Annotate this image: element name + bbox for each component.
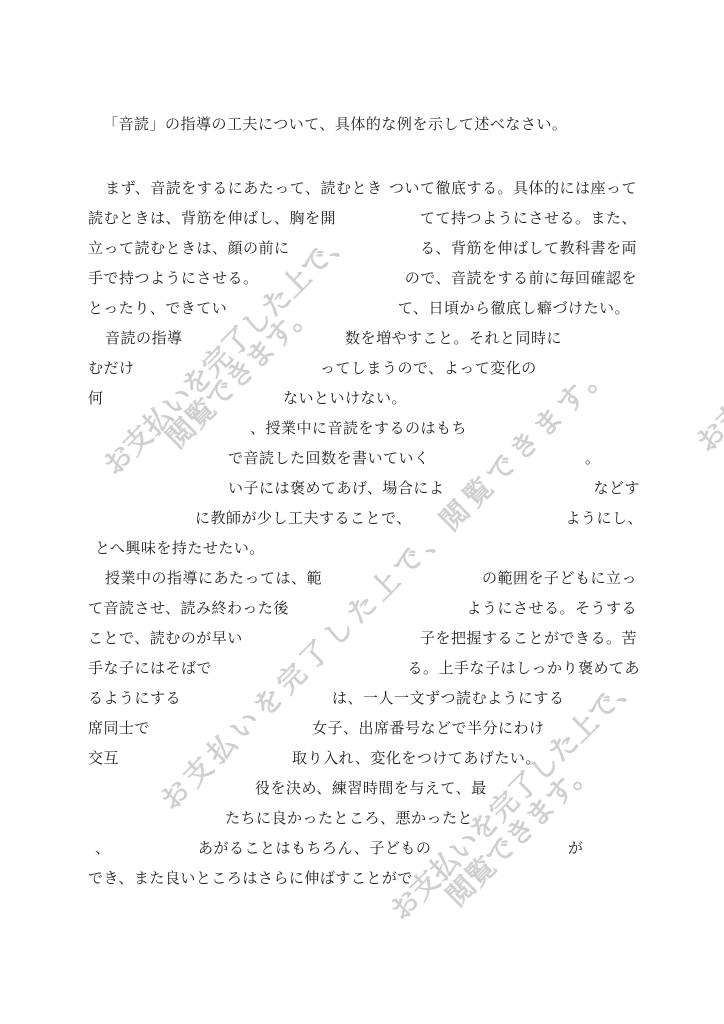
text-fragment: 席同士で (88, 717, 150, 738)
body-line: むだけってしまうので、よって変化の (0, 357, 724, 377)
text-fragment: 取り入れ、変化をつけてあげたい。 (292, 747, 541, 768)
text-fragment: てて持つようにさせる。また、 (420, 207, 637, 228)
body-line: て音読させ、読み終わった後ようにさせる。そうする (0, 597, 724, 617)
text-fragment: 音読の指導 (105, 327, 183, 348)
body-line: 、あがることはもちろん、子どものが (0, 837, 724, 857)
text-fragment: 何 (88, 387, 104, 408)
text-fragment: むだけ (88, 357, 135, 378)
text-fragment: が (568, 837, 584, 858)
text-fragment: 立って読むときは、顔の前に (88, 237, 290, 258)
text-fragment: て、日頃から徹底し癖づけたい。 (398, 297, 630, 318)
text-fragment: 、授業中に音読をするのはもち (250, 417, 467, 438)
body-line: 何ないといけない。 (0, 387, 724, 407)
body-line: 読むときは、背筋を伸ばし、胸を開てて持つようにさせる。また、 (0, 207, 724, 227)
text-fragment: に教師が少し工夫することで、 (195, 507, 412, 528)
text-fragment: い子には褒めてあげ、場合によ (228, 477, 444, 498)
text-fragment: とへ興味を持たせたい。 (95, 537, 265, 558)
body-line: に教師が少し工夫することで、ようにし、 (0, 507, 724, 527)
text-fragment: 授業中の指導にあたっては、範 (105, 567, 322, 588)
text-fragment: ないといけない。 (283, 387, 407, 408)
body-line: 交互取り入れ、変化をつけてあげたい。 (0, 747, 724, 767)
body-line: まず、音読をするにあたって、読むときついて徹底する。具体的には座って (0, 177, 724, 197)
body-line: とへ興味を持たせたい。 (0, 537, 724, 557)
text-fragment: て音読させ、読み終わった後 (88, 597, 289, 618)
text-fragment: 女子、出席番号などで半分にわけ (312, 717, 545, 738)
text-fragment: る。上手な子はしっかり褒めてあ (407, 657, 640, 678)
text-fragment: る、背筋を伸ばして教科書を両 (420, 237, 637, 258)
text-fragment: ってしまうので、よって変化の (320, 357, 537, 378)
text-fragment: ようにさせる。そうする (466, 597, 637, 618)
text-fragment: まず、音読をするにあたって、読むとき (105, 177, 383, 198)
body-line: 授業中の指導にあたっては、範の範囲を子どもに立っ (0, 567, 724, 587)
text-fragment: で音読した回数を書いていく (228, 447, 430, 468)
body-line: るようにするは、一人一文ずつ読むようにする (0, 687, 724, 707)
text-fragment: 役を決め、練習時間を与えて、最 (255, 777, 487, 798)
text-fragment: 手な子にはそばで (88, 657, 212, 678)
text-fragment: とったり、できてい (88, 297, 227, 318)
text-fragment: 子を把握することができる。苦 (420, 627, 637, 648)
text-fragment: ついて徹底する。具体的には座って (389, 177, 637, 198)
text-fragment: 読むときは、背筋を伸ばし、胸を開 (88, 207, 336, 228)
body-line: でき、また良いところはさらに伸ばすことがで (0, 867, 724, 887)
text-fragment: などす (593, 477, 640, 498)
body-line: 立って読むときは、顔の前にる、背筋を伸ばして教科書を両 (0, 237, 724, 257)
document-page: お支払いを完了した上で、閲覧できます。お支払いを完了した上で、閲覧できます。お支… (0, 0, 724, 1024)
body-line: 役を決め、練習時間を与えて、最 (0, 777, 724, 797)
text-fragment: 交互 (88, 747, 119, 768)
question-title: 「音読」の指導の工夫について、具体的な例を示して述べなさい。 (103, 113, 567, 134)
body-line: 席同士で女子、出席番号などで半分にわけ (0, 717, 724, 737)
body-line: 音読の指導数を増やすこと。それと同時に (0, 327, 724, 347)
text-fragment: 。 (585, 447, 601, 468)
text-fragment: 、 (95, 837, 111, 858)
body-line: ことで、読むのが早い子を把握することができる。苦 (0, 627, 724, 647)
body-line: で音読した回数を書いていく。 (0, 447, 724, 467)
text-fragment: 手で持つようにさせる。 (88, 267, 259, 288)
text-fragment: の範囲を子どもに立っ (482, 567, 637, 588)
text-fragment: あがることはもちろん、子どもの (198, 837, 431, 858)
body-line: い子には褒めてあげ、場合によなどす (0, 477, 724, 497)
text-fragment: るようにする (88, 687, 181, 708)
text-fragment: でき、また良いところはさらに伸ばすことがで (88, 867, 413, 888)
text-fragment: ことで、読むのが早い (88, 627, 243, 648)
body-line: 、授業中に音読をするのはもち (0, 417, 724, 437)
text-fragment: ようにし、 (565, 507, 643, 528)
text-fragment: たちに良かったところ、悪かったと (225, 807, 473, 828)
body-line: 手な子にはそばでる。上手な子はしっかり褒めてあ (0, 657, 724, 677)
text-fragment: は、一人一文ずつ読むようにする (332, 687, 565, 708)
text-fragment: 数を増やすこと。それと同時に (345, 327, 562, 348)
body-line: 手で持つようにさせる。ので、音読をする前に毎回確認を (0, 267, 724, 287)
text-fragment: ので、音読をする前に毎回確認を (405, 267, 637, 288)
body-line: たちに良かったところ、悪かったと (0, 807, 724, 827)
body-line: とったり、できていて、日頃から徹底し癖づけたい。 (0, 297, 724, 317)
